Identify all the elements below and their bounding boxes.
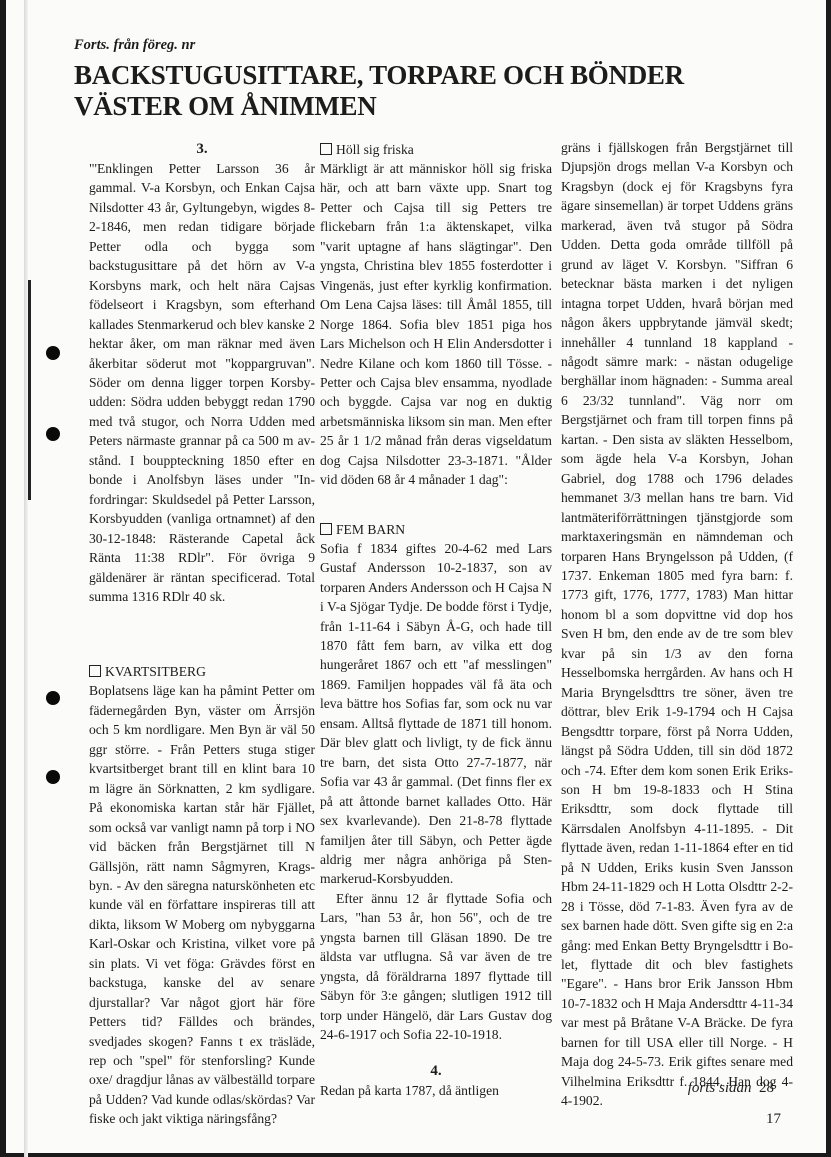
punch-hole-icon <box>46 770 60 784</box>
paragraph: Boplatsens läge kan ha påmint Petter om … <box>89 681 315 1128</box>
subheading-kvartsitberg: KVARTSITBERG <box>89 662 315 681</box>
subheading-holl-sig-friska: Höll sig friska <box>320 140 552 159</box>
subheading-fem-barn: FEM BARN <box>320 520 552 539</box>
page-edge <box>24 0 28 1157</box>
binding-mark <box>28 280 31 500</box>
square-box-icon <box>320 523 332 535</box>
paragraph: Redan på karta 1787, då äntligen <box>320 1081 552 1100</box>
paragraph: "'Enklingen Petter Larsson 36 år gammal.… <box>89 159 315 606</box>
page-number: 17 <box>766 1111 781 1128</box>
paragraph: gräns i fjällskogen från Bergstjärnet ti… <box>561 138 793 1111</box>
document-page: Forts. från föreg. nr BACKSTUGUSITTARE, … <box>6 0 826 1153</box>
paragraph: Sofia f 1834 giftes 20-4-62 med Lars Gus… <box>320 539 552 889</box>
punch-hole-icon <box>46 427 60 441</box>
column-middle: Höll sig friska Märkligt är att människo… <box>320 140 552 1101</box>
square-box-icon <box>320 143 332 155</box>
continued-from-label: Forts. från föreg. nr <box>74 37 195 54</box>
column-right: gräns i fjällskogen från Bergstjärnet ti… <box>561 138 793 1111</box>
continued-page-number: 28 <box>759 1080 774 1096</box>
punch-hole-icon <box>46 346 60 360</box>
column-left: 3. "'Enklingen Petter Larsson 36 år gamm… <box>89 140 315 1129</box>
punch-hole-icon <box>46 691 60 705</box>
continued-on-label: forts sidan 28 <box>688 1080 774 1097</box>
square-box-icon <box>89 665 101 677</box>
paragraph: Efter ännu 12 år flyttade Sofia och Lars… <box>320 889 552 1045</box>
section-number: 4. <box>320 1062 552 1081</box>
section-number: 3. <box>89 140 315 159</box>
article-headline: BACKSTUGUSITTARE, TORPARE OCH BÖNDER VÄS… <box>74 60 794 122</box>
paragraph: Märkligt är att människor höll sig frisk… <box>320 159 552 490</box>
